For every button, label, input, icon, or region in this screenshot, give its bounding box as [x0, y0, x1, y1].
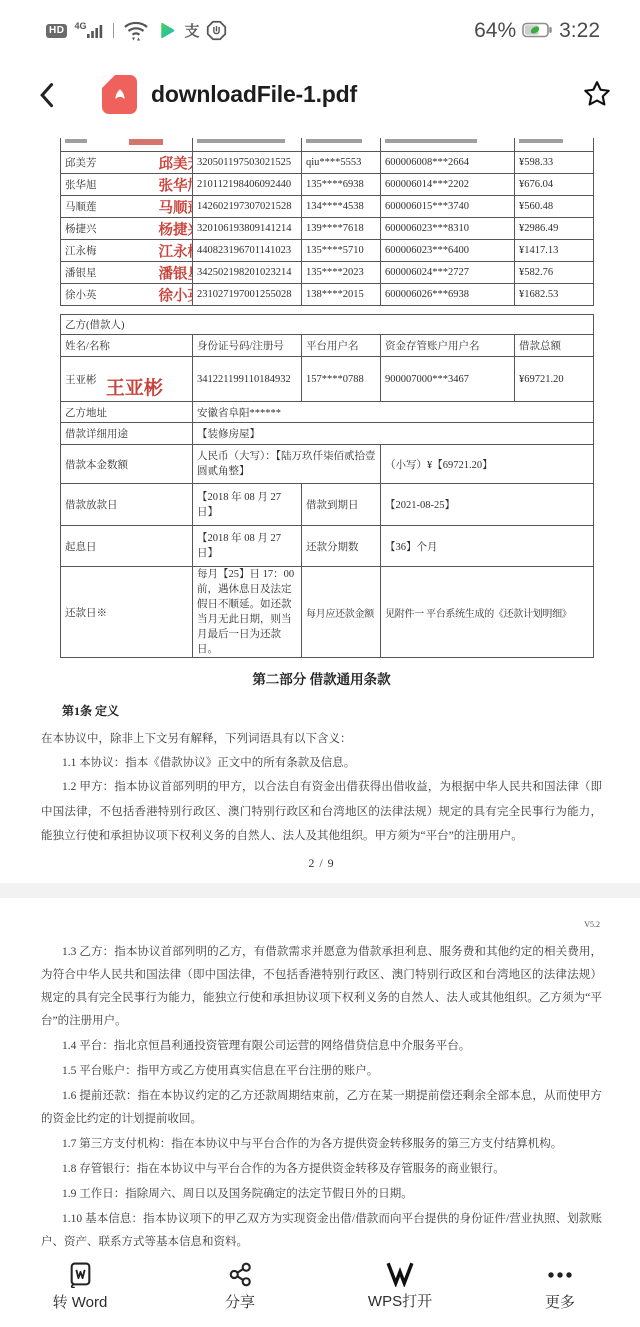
row-label: 起息日: [61, 526, 193, 567]
lender-amount: ¥1682.53: [515, 284, 594, 306]
installments: 【36】个月: [381, 526, 594, 567]
paragraph: 1.4 平台：指北京恒昌利通投资管理有限公司运营的网络借贷信息中介服务平台。: [41, 1035, 602, 1058]
more-dots-icon: [545, 1261, 575, 1288]
lenders-table: 邱美芳邱美芳 320501197503021525 qiu****5553 60…: [60, 138, 594, 306]
borrower-id: 341221199110184932: [193, 357, 302, 402]
clause1-heading: 第1条 定义: [41, 702, 602, 719]
lender-row: 潘银星潘银星 342502198201023214 135****2023 60…: [61, 262, 594, 284]
signature: 潘银星: [159, 262, 193, 283]
lender-amount: ¥2986.49: [515, 218, 594, 240]
tool-label: 转 Word: [53, 1294, 108, 1312]
video-app-icon: [156, 20, 177, 41]
lender-user: 135****5710: [302, 240, 381, 262]
lender-account: 600006008***2664: [381, 152, 515, 174]
col-header: 身份证号码/注册号: [193, 335, 302, 357]
row-label: 借款到期日: [302, 484, 381, 526]
open-in-wps-button[interactable]: WPS打开: [320, 1252, 480, 1327]
battery-icon: [522, 22, 553, 39]
lender-user: 135****2023: [302, 262, 381, 284]
paragraph: 在本协议中，除非上下文另有解释，下列词语具有以下含义：: [41, 727, 602, 751]
borrower-section-title: 乙方(借款人): [61, 315, 594, 335]
lender-id: 320501197503021525: [193, 152, 302, 174]
lender-user: 134****4538: [302, 196, 381, 218]
row-label: 每月应还款金额: [302, 567, 381, 658]
due-date: 【2021-08-25】: [381, 484, 594, 526]
release-date: 【2018 年 08 月 27 日】: [193, 484, 302, 526]
pdf-file-icon: [102, 75, 137, 114]
signature: 马顺莲: [159, 196, 193, 217]
col-header: 资金存管账户用户名: [381, 335, 515, 357]
lender-name: 张华旭: [65, 180, 97, 191]
stop-hand-icon: [206, 20, 227, 41]
lender-amount: ¥1417.13: [515, 240, 594, 262]
paragraph: 1.6 提前还款：指在本协议约定的乙方还款周期结束前，乙方在某一期提前偿还剩余全…: [41, 1085, 602, 1131]
lender-id: 320106193809141214: [193, 218, 302, 240]
battery-percent: 64%: [474, 19, 516, 43]
lender-id: 210112198406092440: [193, 174, 302, 196]
tool-label: 分享: [225, 1294, 255, 1312]
row-label: 借款详细用途: [61, 423, 193, 445]
borrower-user: 157****0788: [302, 357, 381, 402]
document-title: downloadFile-1.pdf: [151, 81, 568, 108]
version-label: V5.2: [41, 920, 602, 929]
pdf-page-2: 邱美芳邱美芳 320501197503021525 qiu****5553 60…: [0, 138, 640, 871]
col-header: 姓名/名称: [61, 335, 193, 357]
bottom-toolbar: 转 Word 分享 WPS打开: [0, 1252, 640, 1327]
page-separator: [0, 883, 640, 898]
wifi-icon: [123, 20, 149, 41]
lender-id: 342502198201023214: [193, 262, 302, 284]
lender-account: 600006026***6938: [381, 284, 515, 306]
borrower-amount: ¥69721.20: [515, 357, 594, 402]
lender-row: 徐小英徐小英 231027197001255028 138****2015 60…: [61, 284, 594, 306]
paragraph: 1.1 本协议：指本《借款协议》正文中的所有条款及信息。: [41, 751, 602, 775]
pdf-page-3: V5.2 1.3 乙方：指本协议首部列明的乙方，有借款需求并愿意为借款承担利息、…: [0, 920, 640, 1283]
col-header: 借款总额: [515, 335, 594, 357]
monthly-amount-ref: 见附件一 平台系统生成的《还款计划明细》: [381, 567, 594, 658]
borrower-row: 王亚彬王亚彬 341221199110184932 157****0788 90…: [61, 357, 594, 402]
interest-date-row: 起息日 【2018 年 08 月 27 日】 还款分期数 【36】个月: [61, 526, 594, 567]
lender-row: 马顺莲马顺莲 142602197307021528 134****4538 60…: [61, 196, 594, 218]
lender-user: 139****7618: [302, 218, 381, 240]
principal-uppercase: 人民币（大写）：【陆万玖仟柒佰贰拾壹圆贰角整】: [193, 445, 381, 484]
paragraph: 1.5 平台账户：指甲方或乙方使用真实信息在平台注册的账户。: [41, 1060, 602, 1083]
lender-id: 440823196701141023: [193, 240, 302, 262]
lender-amount: ¥598.33: [515, 152, 594, 174]
purpose-row: 借款详细用途 【装修房屋】: [61, 423, 594, 445]
lender-name: 潘银星: [65, 268, 97, 279]
clock: 3:22: [559, 19, 600, 43]
pdf-viewer[interactable]: 邱美芳邱美芳 320501197503021525 qiu****5553 60…: [0, 138, 640, 1283]
lender-amount: ¥560.48: [515, 196, 594, 218]
lender-name: 马顺莲: [65, 202, 97, 213]
row-value: 安徽省阜阳******: [193, 402, 594, 423]
lender-name: 杨捷兴: [65, 224, 97, 235]
hd-icon: HD: [46, 24, 67, 38]
signature: 邱美芳: [159, 152, 193, 173]
wps-logo-icon: [385, 1261, 415, 1287]
signature: 张华旭: [159, 174, 193, 195]
share-icon: [227, 1261, 254, 1288]
lender-amount: ¥582.76: [515, 262, 594, 284]
paragraph: 1.8 存管银行：指在本协议中与平台合作的为各方提供资金转移及存管服务的商业银行…: [41, 1158, 602, 1181]
row-label: 借款放款日: [61, 484, 193, 526]
lender-row: 邱美芳邱美芳 320501197503021525 qiu****5553 60…: [61, 152, 594, 174]
tool-label: WPS打开: [368, 1293, 432, 1311]
share-button[interactable]: 分享: [160, 1252, 320, 1327]
part2-heading: 第二部分 借款通用条款: [41, 668, 602, 688]
lender-account: 600006014***2202: [381, 174, 515, 196]
lender-name: 邱美芳: [65, 158, 97, 169]
principal-lowercase: （小写）¥【69721.20】: [381, 445, 594, 484]
col-header: 平台用户名: [302, 335, 381, 357]
interest-start-date: 【2018 年 08 月 27 日】: [193, 526, 302, 567]
paragraph: 1.10 基本信息：指本协议项下的甲乙双方为实现资金出借/借款而向平台提供的身份…: [41, 1208, 602, 1254]
lender-user: 138****2015: [302, 284, 381, 306]
row-label: 还款日※: [61, 567, 193, 658]
convert-to-word-button[interactable]: 转 Word: [0, 1252, 160, 1327]
signature: 江永梅: [159, 240, 193, 261]
repayment-row: 还款日※ 每月【25】日 17：00 前，遇休息日及法定假日不顺延。如还款当月无…: [61, 567, 594, 658]
lender-name: 江永梅: [65, 246, 97, 257]
lender-account: 600006015***3740: [381, 196, 515, 218]
signature: 王亚彬: [106, 373, 163, 400]
row-label: 借款本金数额: [61, 445, 193, 484]
lender-account: 600006023***6400: [381, 240, 515, 262]
signature: 徐小英: [159, 284, 193, 305]
row-label: 还款分期数: [302, 526, 381, 567]
page-number: 2 / 9: [41, 856, 602, 871]
word-convert-icon: [67, 1261, 94, 1288]
paragraph: 1.2 甲方：指本协议首部列明的甲方，以合法自有资金出借获得出借收益，为根据中华…: [41, 775, 602, 848]
principal-row: 借款本金数额 人民币（大写）：【陆万玖仟柒佰贰拾壹圆贰角整】 （小写）¥【697…: [61, 445, 594, 484]
address-row: 乙方地址 安徽省阜阳******: [61, 402, 594, 423]
more-button[interactable]: 更多: [480, 1252, 640, 1327]
borrower-table: 乙方(借款人) 姓名/名称 身份证号码/注册号 平台用户名 资金存管账户用户名 …: [60, 314, 594, 658]
borrower-account: 900007000***3467: [381, 357, 515, 402]
release-date-row: 借款放款日 【2018 年 08 月 27 日】 借款到期日 【2021-08-…: [61, 484, 594, 526]
lender-row: 张华旭张华旭 210112198406092440 135****6938 60…: [61, 174, 594, 196]
alipay-icon: 支: [184, 20, 199, 41]
phone-screen: HD 4G: [0, 0, 640, 1327]
paragraph: 1.9 工作日：指除周六、周日以及国务院确定的法定节假日外的日期。: [41, 1183, 602, 1206]
lender-row: 江永梅江永梅 440823196701141023 135****5710 60…: [61, 240, 594, 262]
borrower-header-row: 姓名/名称 身份证号码/注册号 平台用户名 资金存管账户用户名 借款总额: [61, 335, 594, 357]
clipped-row: [61, 138, 594, 152]
tool-label: 更多: [545, 1294, 575, 1312]
signature: 杨捷兴: [159, 218, 193, 239]
lender-user: 135****6938: [302, 174, 381, 196]
signal-strength-icon: 4G: [74, 23, 104, 39]
lender-account: 600006023***8310: [381, 218, 515, 240]
paragraph: 1.7 第三方支付机构：指在本协议中与平台合作的为各方提供资金转移服务的第三方支…: [41, 1133, 602, 1156]
lender-user: qiu****5553: [302, 152, 381, 174]
lender-id: 142602197307021528: [193, 196, 302, 218]
lender-amount: ¥676.04: [515, 174, 594, 196]
paragraph: 1.3 乙方：指本协议首部列明的乙方，有借款需求并愿意为借款承担利息、服务费和其…: [41, 941, 602, 1033]
lender-row: 杨捷兴杨捷兴 320106193809141214 139****7618 60…: [61, 218, 594, 240]
back-button[interactable]: [34, 80, 62, 108]
row-value: 【装修房屋】: [193, 423, 594, 445]
status-bar: HD 4G: [0, 0, 640, 55]
row-label: 乙方地址: [61, 402, 193, 423]
borrower-name: 王亚彬: [65, 375, 97, 386]
app-header: downloadFile-1.pdf: [0, 55, 640, 133]
repayment-day-rule: 每月【25】日 17：00 前，遇休息日及法定假日不顺延。如还款当月无此日期，则…: [193, 567, 302, 658]
star-favorite-button[interactable]: [582, 79, 612, 109]
lender-account: 600006024***2727: [381, 262, 515, 284]
status-divider: [113, 23, 114, 38]
lender-name: 徐小英: [65, 290, 97, 301]
lender-id: 231027197001255028: [193, 284, 302, 306]
